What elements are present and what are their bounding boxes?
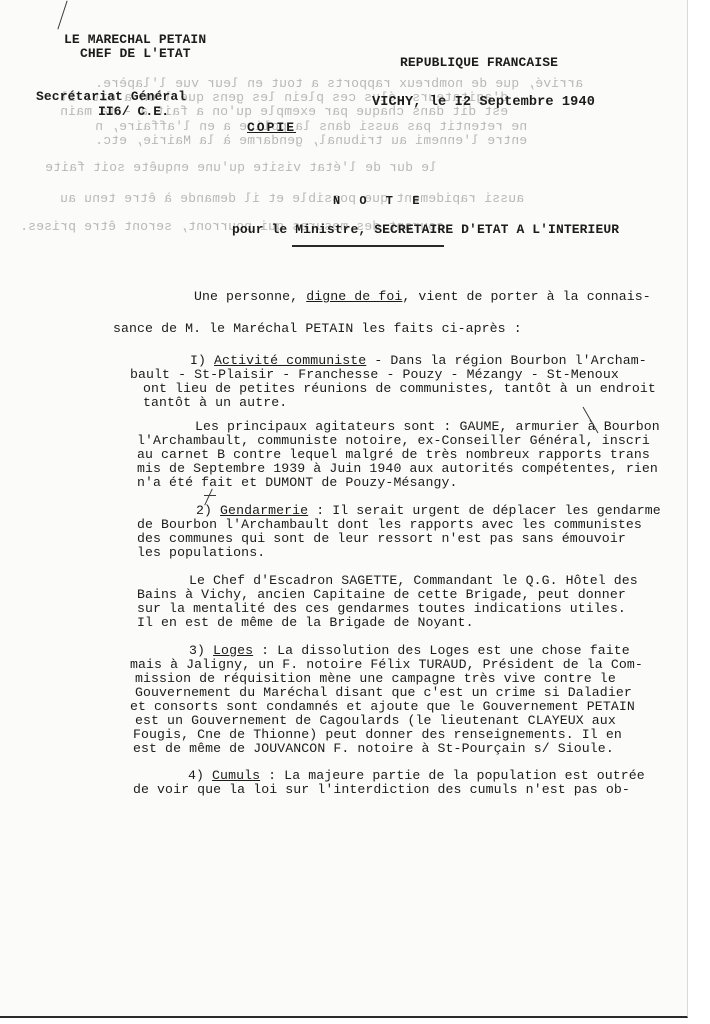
section-2-para2-line: sur la mentalité des ces gendarmes toute… <box>137 601 626 616</box>
section-1-heading-line: I) Activité communiste - Dans la région … <box>190 353 647 368</box>
section-1-para2-line: mis de Septembre 1939 à Juin 1940 aux au… <box>137 461 658 476</box>
section-2-line: les populations. <box>137 545 265 560</box>
section-text: : La majeure partie de la population est… <box>260 768 645 783</box>
section-heading: Activité communiste <box>214 353 366 368</box>
section-3-line: Gouvernement du Maréchal disant que c'es… <box>135 685 632 700</box>
secretariat-label: Secrétariat Général <box>36 89 186 104</box>
note-title: N O T E <box>333 194 425 208</box>
section-3-line: mission de réquisition mène une campagne… <box>135 671 616 686</box>
section-4-line: de voir que la loi sur l'interdiction de… <box>133 782 630 797</box>
section-2-heading-line: 2) Gendarmerie : Il serait urgent de dép… <box>196 503 661 518</box>
section-3-line: est un Gouvernement de Cagoulards (le li… <box>135 713 616 728</box>
section-1-para2-line: l'Archambault, communiste notoire, ex-Co… <box>137 433 650 448</box>
section-heading: Gendarmerie <box>220 503 308 518</box>
section-text: - Dans la région Bourbon l'Archam- <box>366 353 646 368</box>
title-underline <box>292 245 444 247</box>
section-number: 4) <box>188 768 204 783</box>
copy-stamp: COPIE <box>247 120 296 135</box>
section-1-line: ont lieu de petites réunions de communis… <box>143 381 656 396</box>
section-3-line: est de même de JOUVANCON F. notoire à St… <box>133 741 614 756</box>
section-1-line: bault - St-Plaisir - Franchesse - Pouzy … <box>130 367 619 382</box>
section-text: : Il serait urgent de déplacer les genda… <box>308 503 661 518</box>
recipient-line: pour le Ministre, SECRETAIRE D'ETAT A L'… <box>232 222 619 237</box>
section-3-line: mais à Jaligny, un F. notoire Félix TURA… <box>130 657 643 672</box>
sender-line-2: CHEF DE L'ETAT <box>80 46 191 61</box>
section-number: I) <box>190 353 206 368</box>
pen-mark <box>57 1 67 30</box>
bleed-through-line: aussi rapidement que possible et il dema… <box>60 191 524 206</box>
section-heading: Cumuls <box>212 768 260 783</box>
section-2-para2-line: Bains à Vichy, ancien Capitaine de cette… <box>137 587 626 602</box>
section-1-line: tantôt à un autre. <box>143 395 287 410</box>
section-1-para2-line: au carnet B contre lequel malgré de très… <box>137 447 650 462</box>
document-page: arrivé, que de nombreux rapports a tout … <box>0 0 688 1018</box>
section-3-line: et consorts sont condamnés et ajoute que… <box>130 699 635 714</box>
section-heading: Loges <box>213 643 253 658</box>
section-2-para2-line: Le Chef d'Escadron SAGETTE, Commandant l… <box>189 573 638 588</box>
sender-line-1: LE MARECHAL PETAIN <box>64 32 206 47</box>
section-2-line: de Bourbon l'Archambault dont les rappor… <box>137 517 642 532</box>
reference-number: II6/ C.E. <box>98 104 169 119</box>
republic-heading: REPUBLIQUE FRANCAISE <box>400 55 558 70</box>
place-date: VICHY, le I2 Septembre 1940 <box>372 95 595 110</box>
bleed-through-line: entre l'ennemi au tribunal, gendarme à l… <box>95 133 527 148</box>
section-3-heading-line: 3) Loges : La dissolution des Loges est … <box>189 643 630 658</box>
emphasis-text: digne de foi <box>306 289 402 304</box>
section-text: : La dissolution des Loges est une chose… <box>253 643 630 658</box>
bleed-through-line: ne retentit pas aussi dans la police a e… <box>95 119 527 134</box>
section-4-heading-line: 4) Cumuls : La majeure partie de la popu… <box>188 768 645 783</box>
intro-text: , vient de porter à la connais- <box>402 289 650 304</box>
section-2-line: des communes qui sont de leur ressort n'… <box>137 531 626 546</box>
pen-mark <box>204 495 216 496</box>
section-3-line: Fougis, Cne de Thionne) peut donner des … <box>133 727 622 742</box>
section-1-para2-line: n'a été fait et DUMONT de Pouzy-Mésangy. <box>137 475 458 490</box>
section-2-para2-line: Il en est de même de la Brigade de Noyan… <box>137 615 474 630</box>
intro-line-2: sance de M. le Maréchal PETAIN les faits… <box>113 321 522 336</box>
bleed-through-line: le dur de l'état visite qu'une enquête s… <box>45 160 437 175</box>
intro-text: Une personne, <box>194 289 306 304</box>
intro-line-1: Une personne, digne de foi, vient de por… <box>194 289 651 304</box>
section-number: 3) <box>189 643 205 658</box>
